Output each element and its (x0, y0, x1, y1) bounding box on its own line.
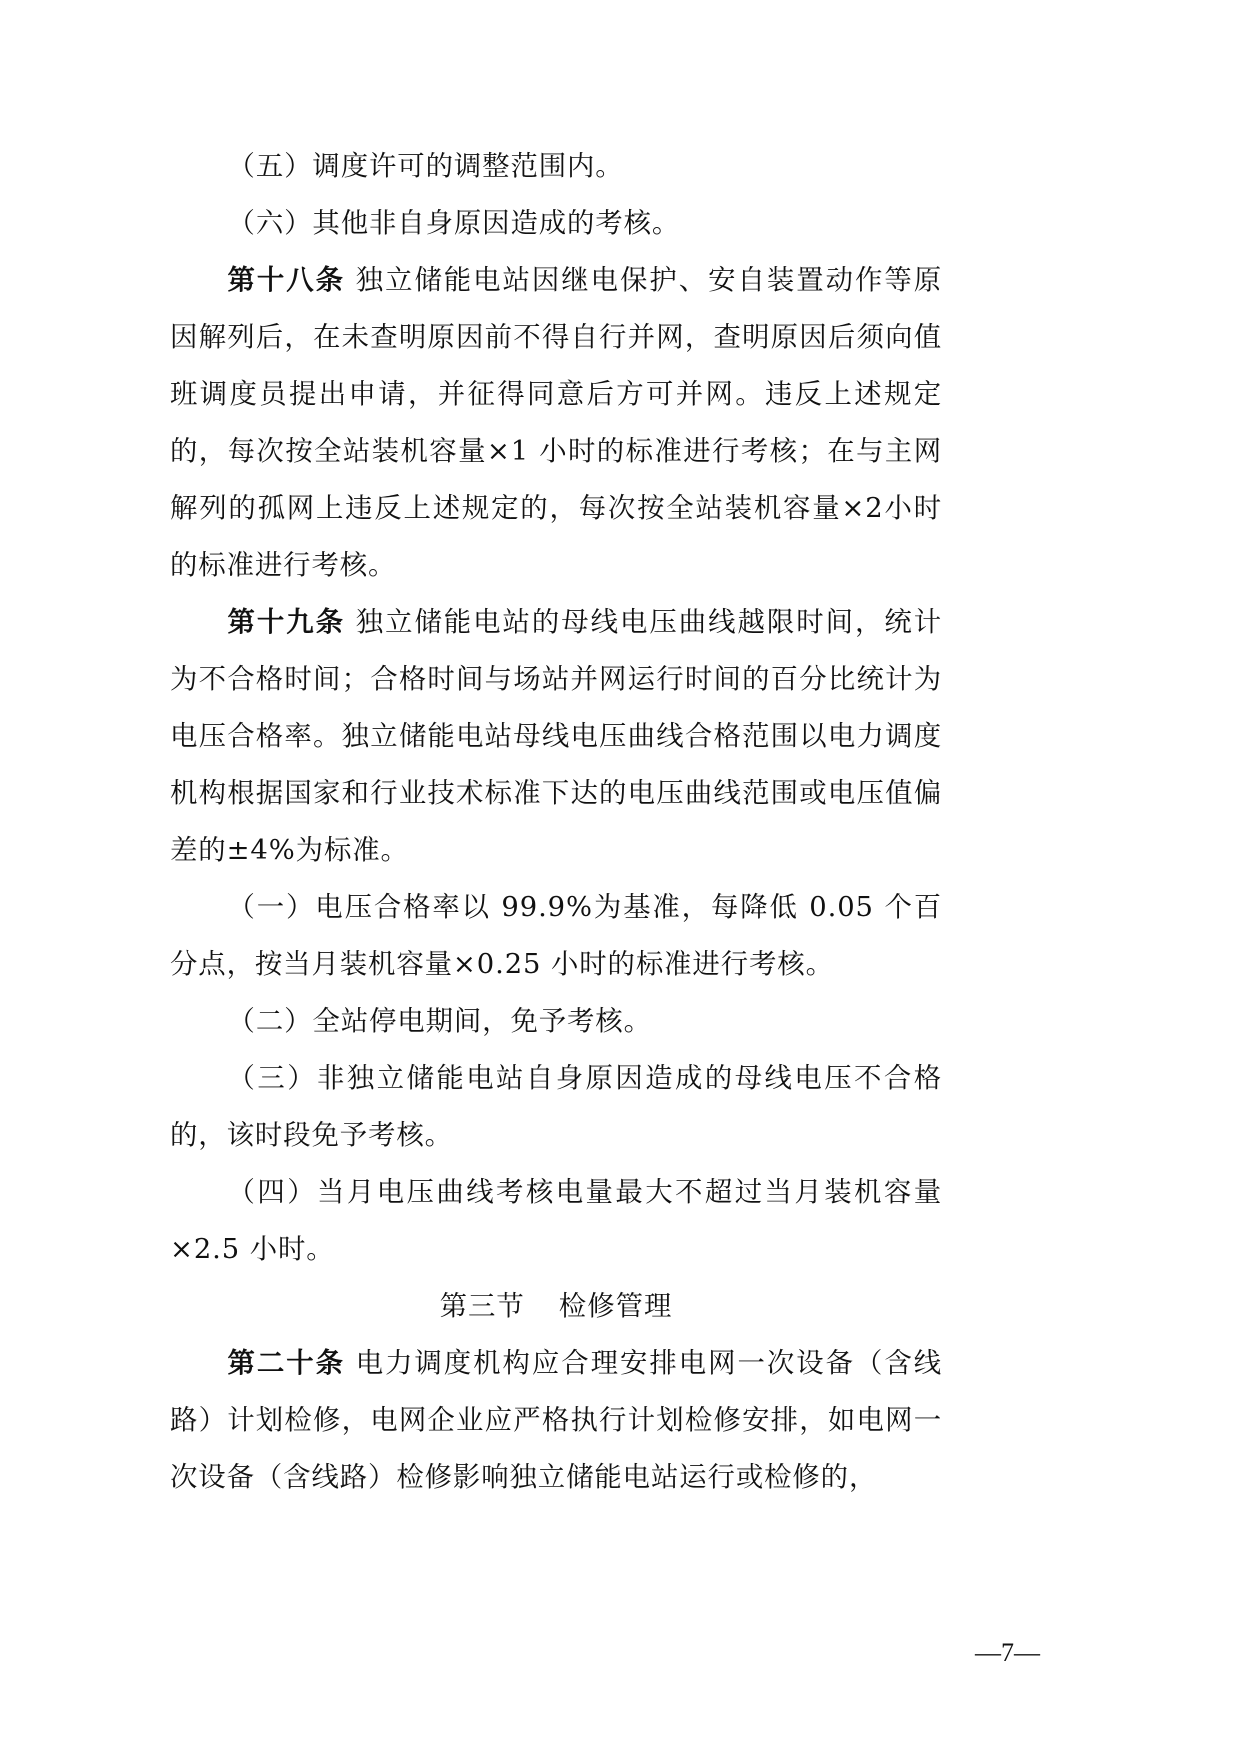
section-title: 检修管理 (559, 1291, 673, 1322)
paragraph-item-6: （六）其他非自身原因造成的考核。 (170, 195, 942, 252)
section-heading: 第三节检修管理 (170, 1278, 942, 1335)
article-19-clause-1: （一）电压合格率以 99.9%为基准，每降低 0.05 个百分点，按当月装机容量… (170, 879, 942, 993)
article-19-clause-2: （二）全站停电期间，免予考核。 (170, 993, 942, 1050)
article-18: 第十八条 独立储能电站因继电保护、安自装置动作等原因解列后，在未查明原因前不得自… (170, 252, 942, 594)
document-page: （五）调度许可的调整范围内。 （六）其他非自身原因造成的考核。 第十八条 独立储… (170, 138, 942, 1506)
article-19-body: 独立储能电站的母线电压曲线越限时间，统计为不合格时间；合格时间与场站并网运行时间… (170, 607, 942, 866)
article-18-heading: 第十八条 (228, 265, 345, 296)
article-19: 第十九条 独立储能电站的母线电压曲线越限时间，统计为不合格时间；合格时间与场站并… (170, 594, 942, 879)
article-18-body: 独立储能电站因继电保护、安自装置动作等原因解列后，在未查明原因前不得自行并网，查… (170, 265, 942, 581)
article-19-clause-3: （三）非独立储能电站自身原因造成的母线电压不合格的，该时段免予考核。 (170, 1050, 942, 1164)
article-19-clause-4: （四）当月电压曲线考核电量最大不超过当月装机容量×2.5 小时。 (170, 1164, 942, 1278)
article-19-heading: 第十九条 (228, 607, 345, 638)
section-number: 第三节 (440, 1291, 525, 1322)
article-20: 第二十条 电力调度机构应合理安排电网一次设备（含线路）计划检修，电网企业应严格执… (170, 1335, 942, 1506)
page-number: —7— (975, 1638, 1040, 1668)
paragraph-item-5: （五）调度许可的调整范围内。 (170, 138, 942, 195)
article-20-heading: 第二十条 (228, 1348, 345, 1379)
